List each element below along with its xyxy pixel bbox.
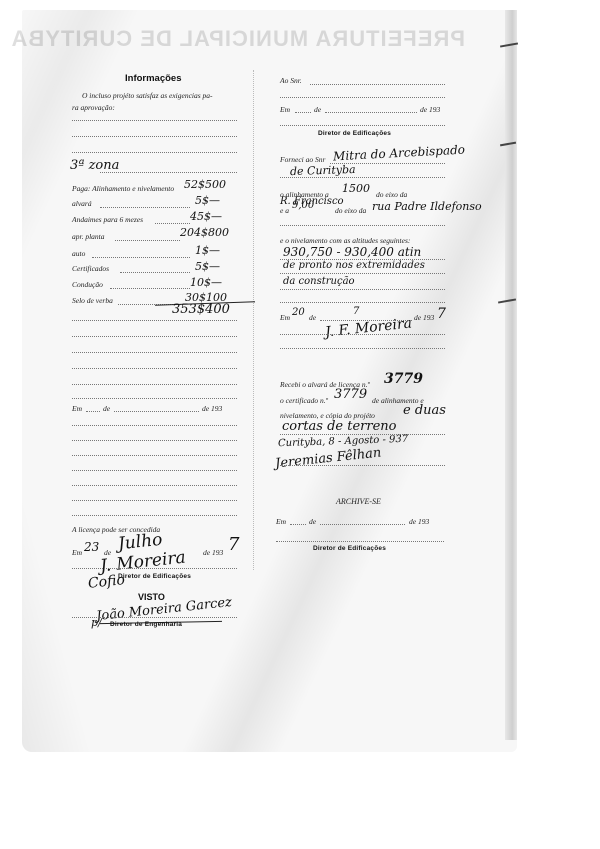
date-em: Em <box>72 404 82 413</box>
dotted-line <box>280 289 445 290</box>
dotted-line <box>72 425 237 426</box>
archive-de: de <box>309 517 316 526</box>
fee-label: Certificados <box>72 264 109 273</box>
licence-year: 7 <box>228 534 239 555</box>
visto-label: VISTO <box>138 592 165 602</box>
date2-month: 7 <box>353 306 359 317</box>
eixo-2-value: rua Padre Ildefonso <box>372 200 482 213</box>
director-edificacoes: Diretor de Edificações <box>118 573 191 580</box>
archive-year: de 193 <box>409 517 429 526</box>
alinhamento-value: 1500 <box>342 182 370 195</box>
intro-text-1: O incluso projéto satisfaz as exigencias… <box>82 91 213 100</box>
date2-day: 20 <box>292 307 305 318</box>
date-month-field <box>325 112 417 113</box>
dotted-line <box>72 336 237 337</box>
date2-de: de <box>309 313 316 322</box>
fee-value: 5$— <box>195 194 220 207</box>
licence-day: 23 <box>84 540 99 554</box>
e-a-label: e a <box>280 206 289 215</box>
dotted-line <box>72 368 237 369</box>
document-page <box>22 10 517 752</box>
fee-value: 204$800 <box>180 226 229 239</box>
dotted-line <box>92 257 190 258</box>
date-year: de 193 <box>202 404 222 413</box>
dotted-line <box>72 470 237 471</box>
dotted-line <box>72 568 237 569</box>
date-month-field <box>114 411 199 412</box>
dotted-line <box>280 465 445 466</box>
ao-snr-field <box>310 84 445 85</box>
licence-em: Em <box>72 548 82 557</box>
director-edificacoes: Diretor de Edificações <box>318 130 391 137</box>
dotted-line <box>72 398 237 399</box>
bleed-through-header: PREFEITURA MUNICIPAL DE CURITYBA <box>65 26 465 52</box>
copia-value-1: e duas <box>403 403 446 418</box>
dotted-line <box>72 120 237 121</box>
dotted-line <box>280 225 445 226</box>
certificado-number: 3779 <box>334 387 367 402</box>
fee-total: 353$400 <box>172 302 230 317</box>
dotted-line <box>280 177 445 178</box>
archive-month-field <box>320 524 405 525</box>
fee-label: Condução <box>72 280 103 289</box>
fee-label: alvará <box>72 199 92 208</box>
date2-year-prefix: de 193 <box>414 313 434 322</box>
fee-value: 5$— <box>195 260 220 273</box>
date-day-field <box>295 112 311 113</box>
dotted-line <box>280 348 445 349</box>
dotted-line <box>72 500 237 501</box>
date-day-field <box>86 411 100 412</box>
archive-day-field <box>290 524 306 525</box>
certificado-label: o certificado n.º <box>280 396 328 405</box>
e-a-value: 9,00 <box>292 200 314 211</box>
altitudes-1: 930,750 - 930,400 atin <box>283 245 421 259</box>
licence-year-prefix: de 193 <box>203 548 223 557</box>
dotted-line <box>280 273 445 274</box>
pp-mark: p/ <box>91 616 102 629</box>
dotted-line <box>72 384 237 385</box>
altitudes-3: da construção <box>283 276 355 287</box>
alvara-number: 3779 <box>384 371 423 387</box>
archive-em: Em <box>276 517 286 526</box>
intro-text-2: ra aprovação: <box>72 103 115 112</box>
dotted-line <box>280 334 445 335</box>
zone-note: 3ª zona <box>70 158 119 173</box>
dotted-line <box>72 152 237 153</box>
fee-value: 1$— <box>195 244 220 257</box>
fee-label: auto <box>72 249 85 258</box>
fee-label: Selo de verba <box>72 296 113 305</box>
dotted-line <box>115 240 180 241</box>
dotted-line <box>110 288 190 289</box>
paper-edge <box>505 10 517 740</box>
dotted-line <box>72 515 237 516</box>
dotted-line <box>72 485 237 486</box>
dotted-line <box>72 136 237 137</box>
column-divider <box>253 70 254 570</box>
dotted-line <box>100 207 190 208</box>
altitudes-2: de pronto nos extremidades <box>283 260 425 271</box>
dotted-line <box>276 541 444 542</box>
director-engenharia: Diretor de Engenharia <box>110 621 182 628</box>
dotted-line <box>72 320 237 321</box>
dotted-line <box>280 302 445 303</box>
dotted-line <box>72 352 237 353</box>
dotted-line <box>72 455 237 456</box>
dotted-line <box>72 440 237 441</box>
dotted-line <box>280 97 445 98</box>
date2-em: Em <box>280 313 290 322</box>
nivelamento-label: e o nivelamento com as altitudes seguint… <box>280 236 410 245</box>
date-de: de <box>103 404 110 413</box>
date2-year: 7 <box>437 306 446 322</box>
dotted-line <box>155 223 190 224</box>
date-year: de 193 <box>420 105 440 114</box>
director-edificacoes: Diretor de Edificações <box>313 545 386 552</box>
do-eixo-da-2: do eixo da <box>335 206 366 215</box>
fee-label: Andaimes para 6 mezes <box>72 215 143 224</box>
fee-value: 10$— <box>190 276 222 289</box>
dotted-line <box>100 172 237 173</box>
do-eixo-da-1: do eixo da <box>376 190 407 199</box>
dotted-line <box>120 272 190 273</box>
fee-label: apr. planta <box>72 232 105 241</box>
fee-label: Paga: Alinhamento e nivelamento <box>72 184 174 193</box>
forneci-label: Forneci ao Snr <box>280 155 325 164</box>
fee-value: 45$— <box>190 210 222 223</box>
date-em: Em <box>280 105 290 114</box>
ao-snr-label: Ao Snr. <box>280 76 302 85</box>
fee-value: 52$500 <box>184 178 226 191</box>
date-de: de <box>314 105 321 114</box>
archive-se-label: ARCHIVE-SE <box>336 497 381 506</box>
copia-value-2: cortas de terreno <box>282 419 397 434</box>
dotted-line <box>280 125 445 126</box>
informacoes-title: Informações <box>125 73 182 84</box>
forneci-name-2: de Curityba <box>290 163 356 178</box>
